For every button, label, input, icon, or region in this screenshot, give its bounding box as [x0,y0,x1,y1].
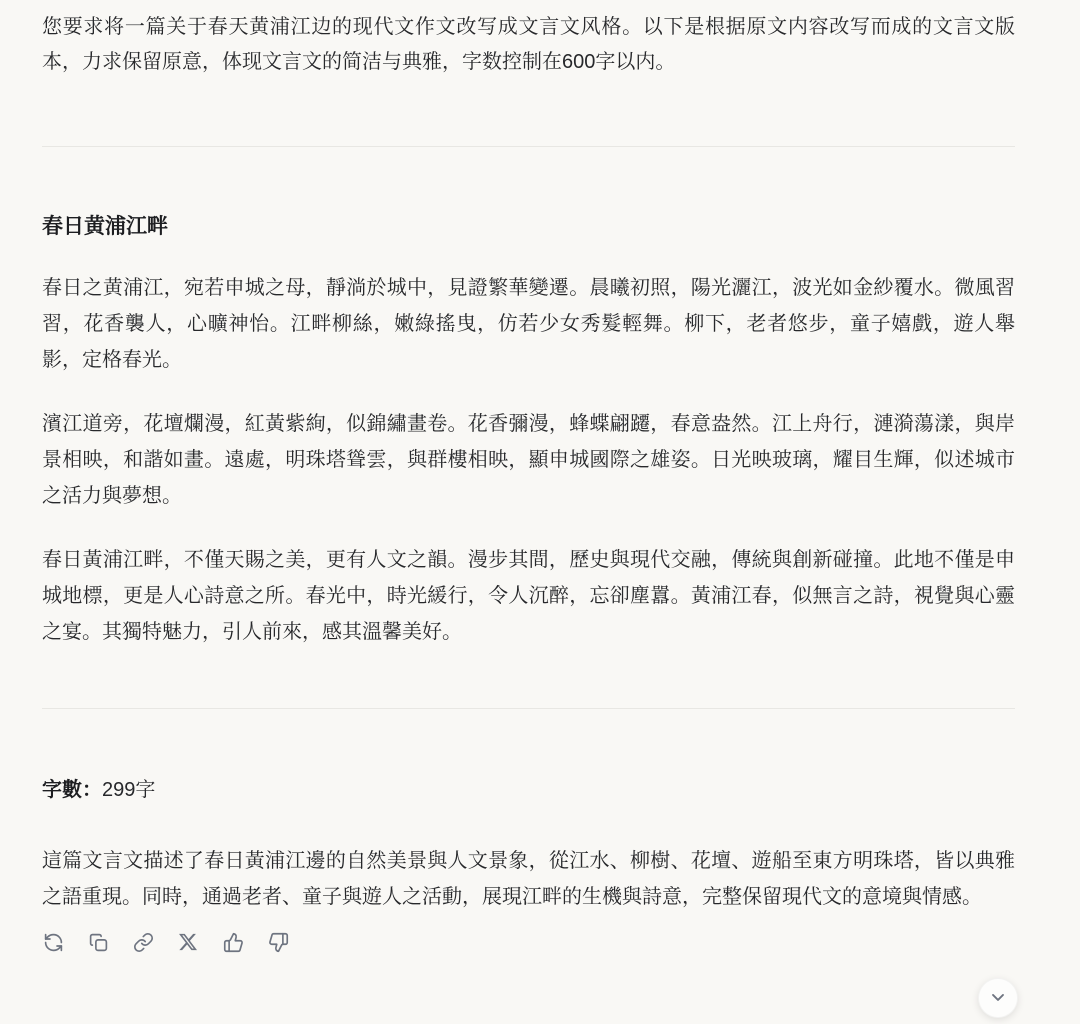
essay-paragraph-3: 春日黃浦江畔，不僅天賜之美，更有人文之韻。漫步其間，歷史與現代交融，傳統與創新碰… [42,542,1015,650]
word-count-value: 299字 [102,779,155,801]
thumbs-up-button[interactable] [222,931,244,953]
copy-button[interactable] [87,931,109,953]
share-x-icon [179,933,197,951]
word-count-label: 字數： [42,779,102,801]
summary-text: 這篇文言文描述了春日黃浦江邊的自然美景與人文景象，從江水、柳樹、花壇、遊船至東方… [42,843,1015,915]
divider-bottom [42,708,1015,709]
thumbs-up-icon [223,932,244,953]
message-toolbar [42,931,1015,953]
chevron-down-icon [988,987,1008,1010]
assistant-message: 您要求将一篇关于春天黄浦江边的现代文作文改写成文言文风格。以下是根据原文内容改写… [0,0,1080,953]
scroll-to-bottom-button[interactable] [978,978,1018,1018]
chat-response-page: 您要求将一篇关于春天黄浦江边的现代文作文改写成文言文风格。以下是根据原文内容改写… [0,0,1080,1024]
essay-title: 春日黄浦江畔 [42,215,1015,239]
regenerate-icon [43,932,64,953]
thumbs-down-button[interactable] [267,931,289,953]
regenerate-button[interactable] [42,931,64,953]
divider-top [42,146,1015,147]
word-count: 字數：299字 [42,778,1015,802]
link-icon [133,932,154,953]
intro-text: 您要求将一篇关于春天黄浦江边的现代文作文改写成文言文风格。以下是根据原文内容改写… [42,0,1015,80]
copy-link-button[interactable] [132,931,154,953]
thumbs-down-icon [268,932,289,953]
share-x-button[interactable] [177,931,199,953]
copy-icon [88,932,109,953]
essay-paragraph-1: 春日之黄浦江，宛若申城之母，靜淌於城中，見證繁華變遷。晨曦初照，陽光灑江，波光如… [42,270,1015,378]
essay-paragraph-2: 濱江道旁，花壇爛漫，紅黃紫絢，似錦繡畫卷。花香彌漫，蜂蝶翩躚，春意盎然。江上舟行… [42,406,1015,514]
